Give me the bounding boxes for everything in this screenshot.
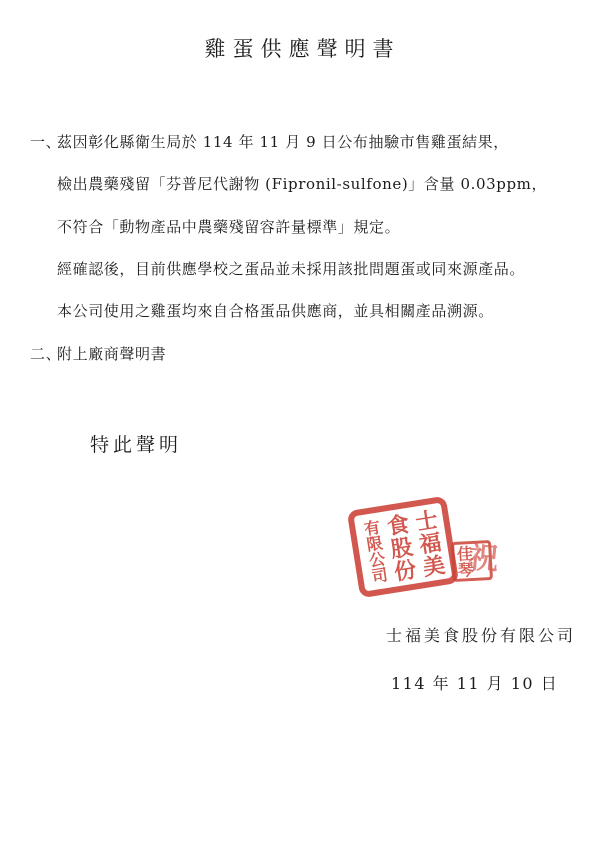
body-line: 本公司使用之雞蛋均來自合格蛋品供應商，並具相關產品溯源。 [30,300,590,321]
body-line: 檢出農藥殘留「芬普尼代謝物 (Fipronil-sulfone)」含量 0.03… [30,173,590,194]
line-text: 附上廠商聲明書 [57,345,166,363]
body-line: 經確認後，目前供應學校之蛋品並未採用該批問題蛋或同來源產品。 [30,258,590,279]
line-text: 本公司使用之雞蛋均來自合格蛋品供應商，並具相關產品溯源。 [57,302,494,320]
signature-date: 114 年 11 月 10 日 [391,671,558,694]
line-text: 茲因彰化縣衛生局於 114 年 11 月 9 日公布抽驗市售雞蛋結果， [57,133,509,151]
signature-company-name: 士福美食股份有限公司 [386,623,576,646]
closing-statement: 特此聲明 [90,430,182,457]
company-seal-stamp: 士福美 食股份 有限公司 [347,496,460,599]
line-text: 檢出農藥殘留「芬普尼代謝物 (Fipronil-sulfone)」含量 0.03… [57,175,547,193]
line-marker: 二、 [30,343,57,364]
body-line: 二、附上廠商聲明書 [30,343,590,364]
body-line: 不符合「動物產品中農藥殘留容許量標準」規定。 [30,216,590,237]
body-line: 一、茲因彰化縣衛生局於 114 年 11 月 9 日公布抽驗市售雞蛋結果， [30,131,590,152]
personal-seal-stamp: 佳琴 祝 [451,540,493,582]
personal-seal-overlay-character: 祝 [467,532,501,578]
line-marker: 一、 [30,131,57,152]
page-title: 雞蛋供應聲明書 [0,33,605,63]
company-seal-column: 士福美 [412,507,445,579]
line-text: 經確認後，目前供應學校之蛋品並未採用該批問題蛋或同來源產品。 [57,260,525,278]
line-text: 不符合「動物產品中農藥殘留容許量標準」規定。 [57,218,400,236]
declaration-document: 雞蛋供應聲明書 一、茲因彰化縣衛生局於 114 年 11 月 9 日公布抽驗市售… [0,0,605,855]
